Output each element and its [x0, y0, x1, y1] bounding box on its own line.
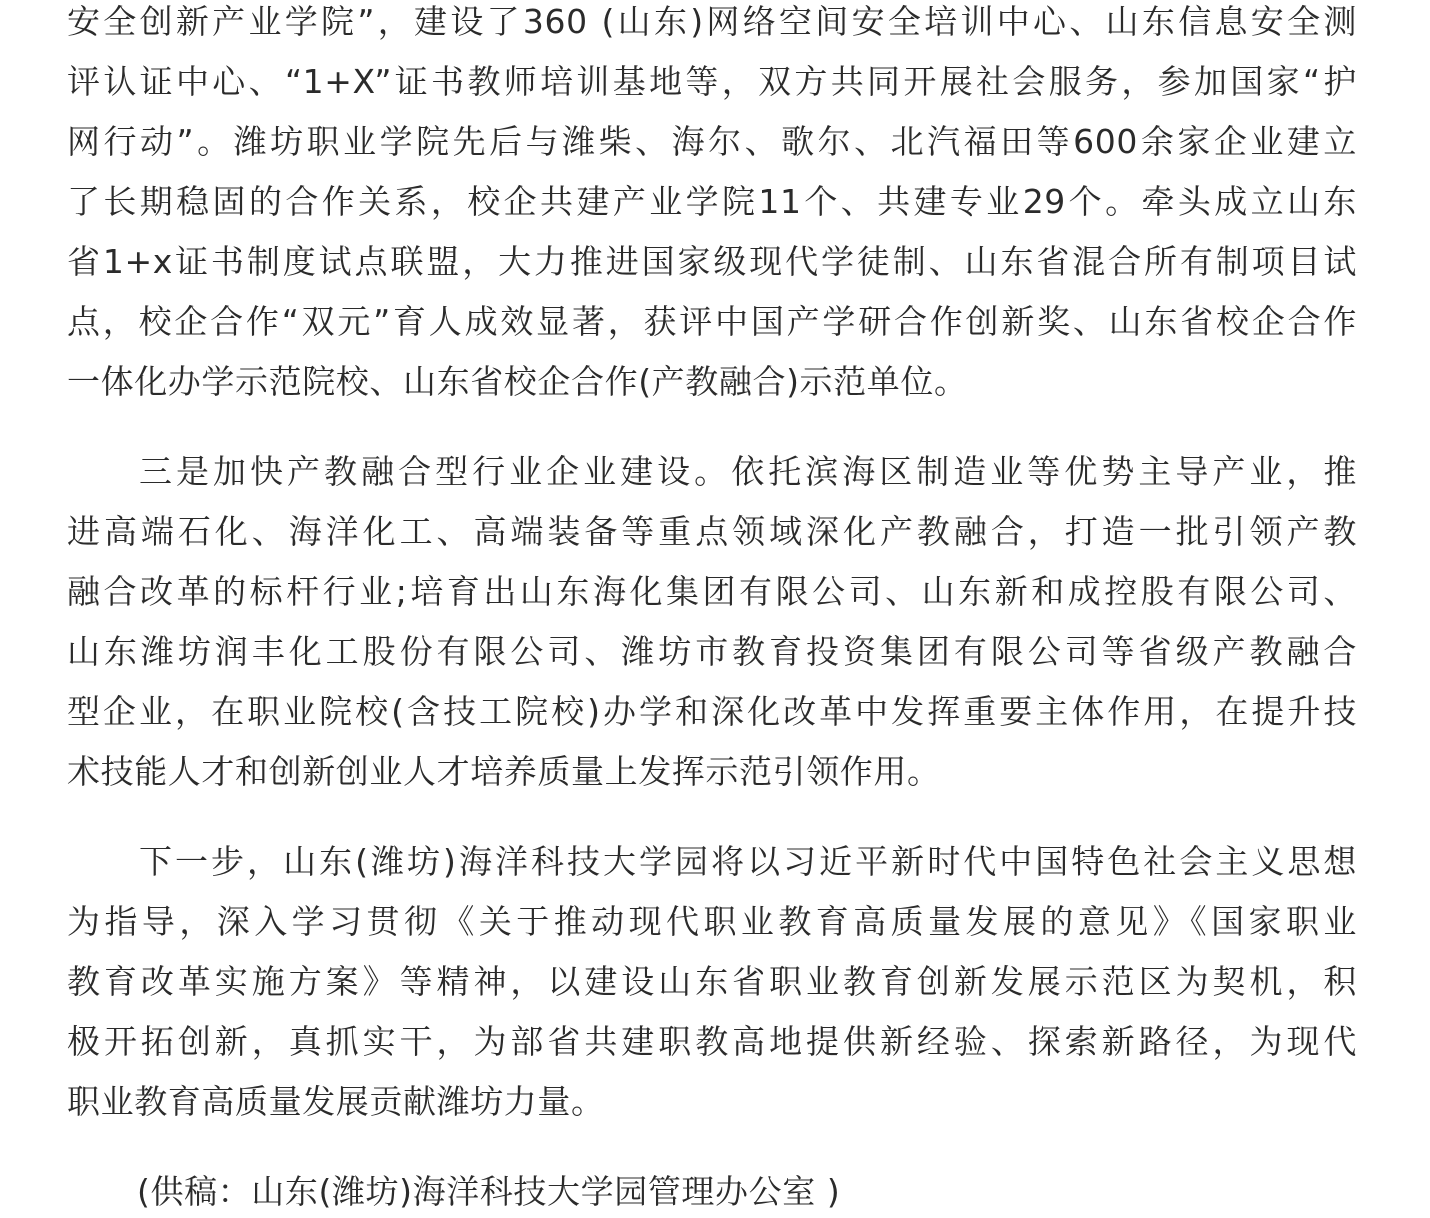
article-credit: (供稿：山东(潍坊)海洋科技大学园管理办公室 ): [67, 1162, 1357, 1218]
text-line: 术技能人才和创新创业人才培养质量上发挥示范引领作用。: [67, 742, 1357, 802]
text-line: 职业教育高质量发展贡献潍坊力量。: [67, 1072, 1357, 1132]
article-body: 安全创新产业学院”，建设了360 (山东)网络空间安全培训中心、山东信息安全测 …: [67, 0, 1357, 1218]
text-line: 省1+x证书制度试点联盟，大力推进国家级现代学徒制、山东省混合所有制项目试: [67, 232, 1357, 292]
text-line: 评认证中心、“1+X”证书教师培训基地等，双方共同开展社会服务，参加国家“护: [67, 52, 1357, 112]
text-line: 一体化办学示范院校、山东省校企合作(产教融合)示范单位。: [67, 352, 1357, 412]
text-line: 网行动”。潍坊职业学院先后与潍柴、海尔、歌尔、北汽福田等600余家企业建立: [67, 112, 1357, 172]
paragraph-industry-college: 安全创新产业学院”，建设了360 (山东)网络空间安全培训中心、山东信息安全测 …: [67, 0, 1357, 412]
text-line: 安全创新产业学院”，建设了360 (山东)网络空间安全培训中心、山东信息安全测: [67, 0, 1357, 52]
text-line: 点，校企合作“双元”育人成效显著，获评中国产学研合作创新奖、山东省校企合作: [67, 292, 1357, 352]
text-line: 进高端石化、海洋化工、高端装备等重点领域深化产教融合，打造一批引领产教: [67, 502, 1357, 562]
text-line: 教育改革实施方案》等精神，以建设山东省职业教育创新发展示范区为契机，积: [67, 952, 1357, 1012]
paragraph-next-steps: 下一步，山东(潍坊)海洋科技大学园将以习近平新时代中国特色社会主义思想 为指导，…: [67, 832, 1357, 1132]
paragraph-industry-enterprise: 三是加快产教融合型行业企业建设。依托滨海区制造业等优势主导产业，推 进高端石化、…: [67, 442, 1357, 802]
text-line: 山东潍坊润丰化工股份有限公司、潍坊市教育投资集团有限公司等省级产教融合: [67, 622, 1357, 682]
text-line: 了长期稳固的合作关系，校企共建产业学院11个、共建专业29个。牵头成立山东: [67, 172, 1357, 232]
text-line: 三是加快产教融合型行业企业建设。依托滨海区制造业等优势主导产业，推: [67, 442, 1357, 502]
text-line: 型企业，在职业院校(含技工院校)办学和深化改革中发挥重要主体作用，在提升技: [67, 682, 1357, 742]
text-line: 融合改革的标杆行业;培育出山东海化集团有限公司、山东新和成控股有限公司、: [67, 562, 1357, 622]
text-line: 为指导，深入学习贯彻《关于推动现代职业教育高质量发展的意见》《国家职业: [67, 892, 1357, 952]
text-line: 极开拓创新，真抓实干，为部省共建职教高地提供新经验、探索新路径，为现代: [67, 1012, 1357, 1072]
text-line: 下一步，山东(潍坊)海洋科技大学园将以习近平新时代中国特色社会主义思想: [67, 832, 1357, 892]
